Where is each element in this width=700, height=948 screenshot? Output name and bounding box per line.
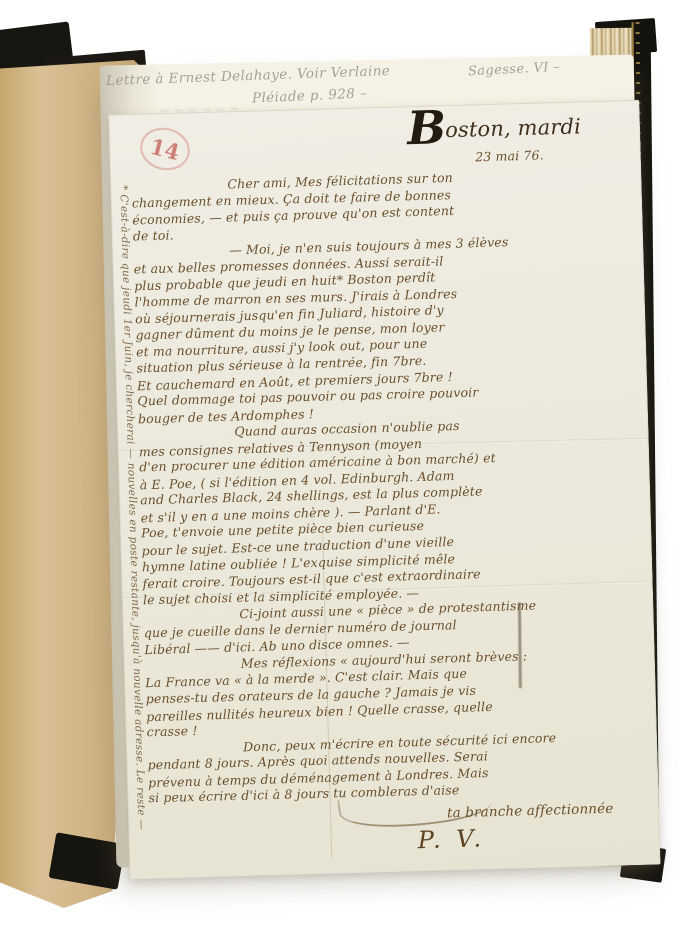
heading-place-day: oston, mardi	[445, 114, 581, 142]
letter-sheet: Boston, mardi 23 mai 76. Cher ami, Mes f…	[108, 100, 660, 880]
letter-text: Boston, mardi 23 mai 76. Cher ami, Mes f…	[130, 107, 650, 869]
heading-initial: B	[406, 100, 444, 155]
